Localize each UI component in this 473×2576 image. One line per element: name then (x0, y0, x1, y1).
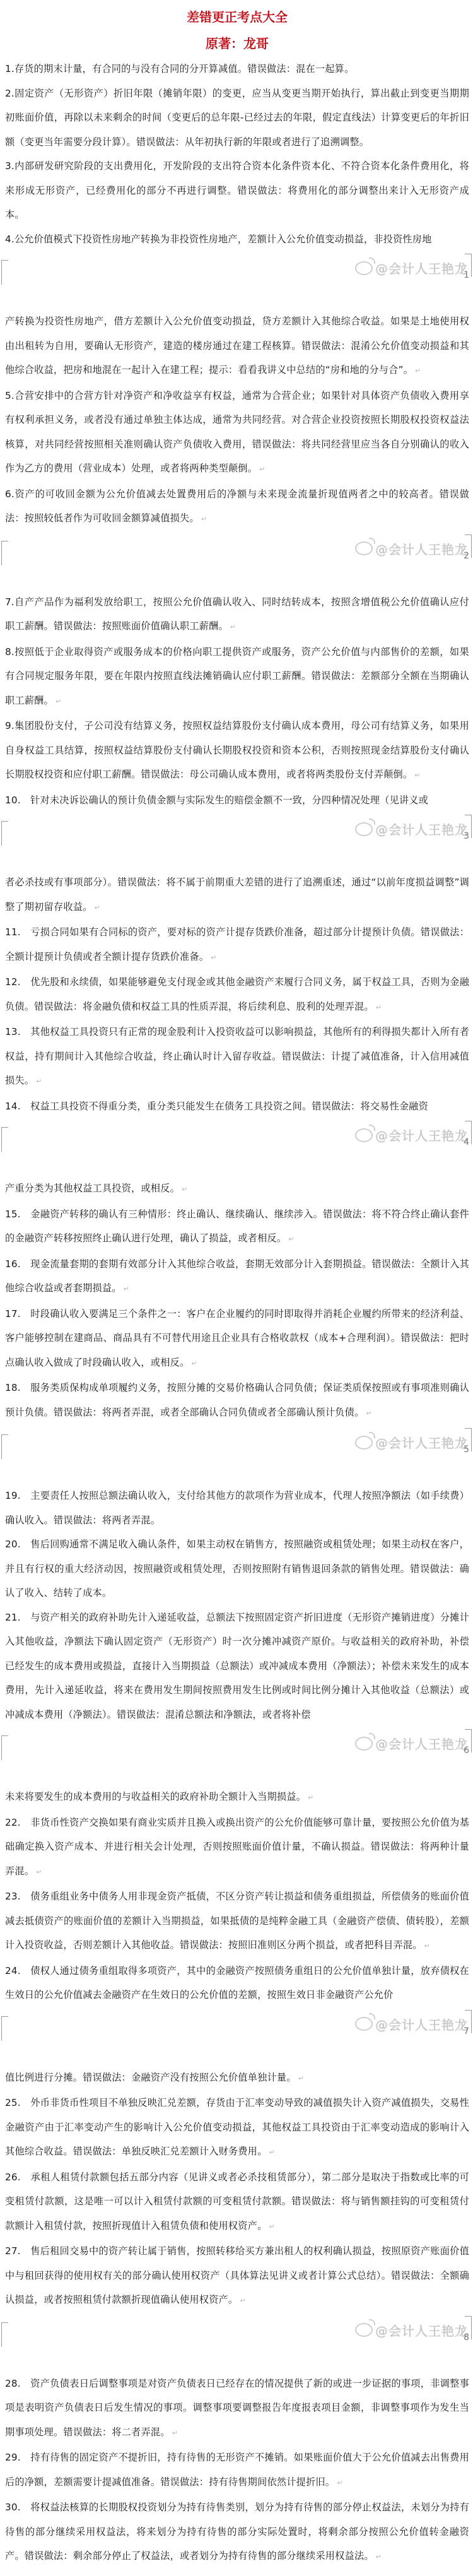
paragraph-return-mark-icon: ↵ (376, 2553, 382, 2561)
paragraph: 30. 将权益法核算的长期股权投资划分为持有待售类别，划分为持有待售的部分停止权… (5, 2495, 469, 2570)
page-break: @会计人王艳龙8 (0, 2316, 473, 2372)
paragraph: 25. 外币非货币性项目不单独反映汇兑差额，存货由于汇率变动导致的减值损失计入资… (5, 2091, 469, 2165)
paragraph-text: 24. 债权人通过债务重组取得多项资产，其中的金融资产按照债务重组日的公允价值单… (5, 1965, 469, 2001)
paragraph-return-mark-icon: ↵ (288, 1235, 294, 1243)
weibo-logo-icon (355, 1128, 373, 1142)
page-number: 4 (464, 1137, 469, 1147)
page-break: @会计人王艳龙2 (0, 535, 473, 590)
watermark: @会计人王艳龙 (355, 1734, 468, 1752)
page-number: 2 (464, 551, 469, 561)
paragraph-text: 值比例进行分摊。错误做法：金融资产没有按照公允价值单独计量。 (5, 2072, 296, 2083)
paragraph-text: 8.按照低于企业取得资产或服务成本的价格向职工提供资产或服务，资产公允价值与内部… (5, 646, 469, 706)
watermark-text: @会计人王艳龙 (375, 1126, 468, 1144)
paragraph: 22. 非货币性资产交换如果有商业实质并且换入或换出资产的公允价值能够可靠计量，… (5, 1811, 469, 1885)
page-corner-marker (1, 260, 8, 285)
paragraph: 16. 现金流量套期的套期有效部分计入其他综合收益，套期无效部分计入套期损益。错… (5, 1252, 469, 1302)
document-page: 差错更正考点大全 原著：龙哥 1.存货的期末计量，有合同的与没有合同的分开算减值… (0, 0, 473, 2576)
paragraph-text: 12. 优先股和永续债，如果能够避免支付现金或其他金融资产来履行合同义务，属于权… (5, 976, 469, 1012)
paragraph: 2.固定资产（无形资产）折旧年限（摊销年限）的变更，应当从变更当期开始执行，算出… (5, 81, 469, 155)
paragraph-text: 23. 债务重组业务中债务人用非现金资产抵债，不区分资产转让损益和债务重组损益，… (5, 1891, 469, 1951)
page-corner-marker (1, 1434, 8, 1459)
paragraph-text: 11. 亏损合同如果有合同标的资产，要对标的资产计提存货跌价准备，超过部分计提预… (5, 926, 469, 962)
paragraph-text: 29. 持有待售的固定资产不提折旧，持有待售的无形资产不摊销。如果账面价值大于公… (5, 2452, 469, 2488)
paragraph-return-mark-icon: ↵ (298, 2074, 304, 2083)
paragraph-return-mark-icon: ↵ (376, 1003, 382, 1012)
paragraph-return-mark-icon: ↵ (172, 2429, 178, 2437)
paragraph-text: 1.存货的期末计量，有合同的与没有合同的分开算减值。错误做法：混在一起算。 (5, 63, 354, 74)
weibo-logo-icon (355, 261, 373, 275)
paragraph: 29. 持有待售的固定资产不提折旧，持有待售的无形资产不摊销。如果账面价值大于公… (5, 2445, 469, 2495)
paragraph: 14. 权益工具投资不得重分类，重分类只能发生在债务工具投资之间。错误做法：将交… (5, 1094, 469, 1119)
paragraph-text: 5.合营安排中的合营方针对净资产和净收益享有权益，通常为合营企业；如果针对具体资… (5, 390, 469, 475)
page-number: 5 (464, 1445, 469, 1455)
paragraph: 11. 亏损合同如果有合同标的资产，要对标的资产计提存货跌价准备，超过部分计提预… (5, 920, 469, 970)
paragraph-return-mark-icon: ↵ (337, 2479, 342, 2487)
paragraph-return-mark-icon: ↵ (424, 1942, 430, 1950)
paragraph-text: 3.内部研发研究阶段的支出费用化，开发阶段的支出符合资本化条件资本化、不符合资本… (5, 160, 469, 220)
paragraph: 15. 金融资产转移的确认有三种情形：终止确认、继续确认、继续涉入。错误做法：将… (5, 1202, 469, 1252)
watermark-text: @会计人王艳龙 (375, 540, 468, 558)
watermark: @会计人王艳龙 (355, 1433, 468, 1451)
paragraph: 28. 资产负债表日后调整事项是对资产负债表日已经存在的情况提供了新的或进一步证… (5, 2372, 469, 2446)
weibo-logo-icon (355, 822, 373, 836)
paragraph: 4.公允价值模式下投资性房地产转换为非投资性房地产，差额计入公允价值变动损益，非… (5, 227, 469, 252)
paragraph-text: 14. 权益工具投资不得重分类，重分类只能发生在债务工具投资之间。错误做法：将交… (5, 1101, 428, 1112)
page-corner-marker (1, 541, 8, 565)
watermark: @会计人王艳龙 (355, 259, 468, 277)
watermark: @会计人王艳龙 (355, 2015, 468, 2033)
paragraph-return-mark-icon: ↵ (182, 1185, 187, 1193)
paragraph-return-mark-icon: ↵ (124, 1285, 129, 1293)
paragraph-text: 未来将要发生的成本费用的与收益相关的政府补助全额计入当期损益。 (5, 1791, 306, 1802)
paragraph: 5.合营安排中的合营方针对净资产和净收益享有权益，通常为合营企业；如果针对具体资… (5, 384, 469, 482)
watermark: @会计人王艳龙 (355, 1126, 468, 1144)
weibo-logo-icon (355, 1436, 373, 1450)
paragraph: 产重分类为其他权益工具投资，或相反。↵ (5, 1176, 469, 1202)
paragraph-text: 27. 售后租回交易中的资产转让属于销售，按照转移给买方兼出租人的权利确认损益，… (5, 2245, 469, 2305)
page-break: @会计人王艳龙5 (0, 1428, 473, 1484)
paragraph-return-mark-icon: ↵ (211, 954, 216, 962)
page-number: 1 (464, 270, 469, 280)
weibo-logo-icon (355, 1737, 373, 1751)
paragraph-text: 13. 其他权益工具投资只有正常的现金股利计入投资收益可以影响损益，其他所有的利… (5, 1026, 469, 1086)
paragraph: 26. 承租人租赁付款额包括五部分内容（见讲义或者必杀技租赁部分），第二部分是取… (5, 2165, 469, 2240)
paragraph-text: 7.自产产品作为福利发放给职工，按照公允价值确认收入、同时结转成本，按照含增值税… (5, 596, 469, 632)
paragraph-text: 17. 时段确认收入要满足三个条件之一：客户在企业履约的同时即取得并消耗企业履约… (5, 1308, 469, 1368)
paragraph-text: 10. 针对未决诉讼确认的预计负债金额与实际发生的赔偿金额不一致，分四种情况处理… (5, 795, 428, 806)
paragraph-return-mark-icon: ↵ (191, 1359, 197, 1368)
page-corner-marker (1, 2016, 8, 2041)
paragraph: 23. 债务重组业务中债务人用非现金资产抵债，不区分资产转让损益和债务重组损益，… (5, 1884, 469, 1959)
paragraph: 20. 售后回购通常不满足收入确认条件，如果主动权在销售方，按照融资或租赁处理；… (5, 1532, 469, 1605)
paragraph-text: 产转换为投资性房地产，借方差额计入公允价值变动损益，贷方差额计入其他综合收益。如… (5, 316, 469, 375)
paragraph-text: 30. 将权益法核算的长期股权投资划分为持有待售类别，划分为持有待售的部分停止权… (5, 2502, 469, 2561)
page-break: @会计人王艳龙1 (0, 254, 473, 309)
paragraph-return-mark-icon: ↵ (415, 367, 421, 375)
paragraph-text: 21. 与资产相关的政府补助先计入递延收益，总额法下按照固定资产折旧进度（无形资… (5, 1612, 469, 1720)
paragraph-text: 15. 金融资产转移的确认有三种情形：终止确认、继续确认、继续涉入。错误做法：将… (5, 1208, 469, 1244)
paragraph-return-mark-icon: ↵ (201, 515, 207, 523)
paragraph-return-mark-icon: ↵ (259, 465, 265, 473)
page-corner-marker (1, 2322, 8, 2347)
paragraph-text: 者必杀技或有事项部分）。错误做法：将不属于前期重大差错的进行了追溯重述，通过“以… (5, 877, 469, 913)
paragraph: 27. 售后租回交易中的资产转让属于销售，按照转移给买方兼出租人的权利确认损益，… (5, 2239, 469, 2313)
watermark-text: @会计人王艳龙 (375, 820, 468, 838)
paragraph: 者必杀技或有事项部分）。错误做法：将不属于前期重大差错的进行了追溯重述，通过“以… (5, 870, 469, 920)
paragraph: 12. 优先股和永续债，如果能够避免支付现金或其他金融资产来履行合同义务，属于权… (5, 970, 469, 1020)
paragraph: 18. 服务类质保构成单项履约义务，按照分摊的交易价格确认合同负债；保证类质保按… (5, 1376, 469, 1426)
watermark-text: @会计人王艳龙 (375, 259, 468, 277)
paragraph: 1.存货的期末计量，有合同的与没有合同的分开算减值。错误做法：混在一起算。 (5, 57, 469, 81)
paragraph-text: 22. 非货币性资产交换如果有商业实质并且换入或换出资产的公允价值能够可靠计量，… (5, 1817, 469, 1877)
weibo-logo-icon (355, 2017, 373, 2031)
paragraph-text: 2.固定资产（无形资产）折旧年限（摊销年限）的变更，应当从变更当期开始执行，算出… (5, 88, 469, 148)
watermark-text: @会计人王艳龙 (375, 2321, 468, 2339)
paragraph-text: 6.资产的可收回金额为公允价值减去处置费用后的净额与未来现金流量折现值两者之中的… (5, 488, 469, 524)
paragraph-return-mark-icon: ↵ (308, 1793, 313, 1802)
paragraph-text: 19. 主要责任人按照总额法确认收入，支付给其他方的款项作为营业成本，代理人按照… (5, 1490, 469, 1526)
paragraph-text: 16. 现金流量套期的套期有效部分计入其他综合收益，套期无效部分计入套期损益。错… (5, 1258, 469, 1294)
paragraph-return-mark-icon: ↵ (95, 904, 100, 912)
weibo-logo-icon (355, 541, 373, 555)
paragraph-return-mark-icon: ↵ (366, 1409, 371, 1417)
document-body: 1.存货的期末计量，有合同的与没有合同的分开算减值。错误做法：混在一起算。2.固… (5, 57, 469, 2570)
paragraph-text: 25. 外币非货币性项目不单独反映汇兑差额，存货由于汇率变动导致的减值损失计入资… (5, 2097, 469, 2157)
paragraph: 7.自产产品作为福利发放给职工，按照公允价值确认收入、同时结转成本，按照含增值税… (5, 590, 469, 640)
document-title: 差错更正考点大全 (5, 8, 469, 27)
document-author: 原著：龙哥 (5, 34, 469, 53)
paragraph-text: 18. 服务类质保构成单项履约义务，按照分摊的交易价格确认合同负债；保证类质保按… (5, 1382, 469, 1418)
paragraph: 3.内部研发研究阶段的支出费用化，开发阶段的支出符合资本化条件资本化、不符合资本… (5, 154, 469, 227)
watermark: @会计人王艳龙 (355, 2321, 468, 2339)
paragraph: 未来将要发生的成本费用的与收益相关的政府补助全额计入当期损益。↵ (5, 1785, 469, 1811)
paragraph: 13. 其他权益工具投资只有正常的现金股利计入投资收益可以影响损益，其他所有的利… (5, 1020, 469, 1094)
paragraph-return-mark-icon: ↵ (269, 2223, 274, 2231)
page-number: 8 (464, 2332, 469, 2343)
paragraph-text: 4.公允价值模式下投资性房地产转换为非投资性房地产，差额计入公允价值变动损益，非… (5, 233, 432, 245)
paragraph: 值比例进行分摊。错误做法：金融资产没有按照公允价值单独计量。↵ (5, 2065, 469, 2091)
paragraph-text: 20. 售后回购通常不满足收入确认条件，如果主动权在销售方，按照融资或租赁处理；… (5, 1539, 469, 1598)
watermark-text: @会计人王艳龙 (375, 1734, 468, 1752)
page-number: 7 (464, 2026, 469, 2036)
paragraph: 17. 时段确认收入要满足三个条件之一：客户在企业履约的同时即取得并消耗企业履约… (5, 1302, 469, 1376)
paragraph-text: 28. 资产负债表日后调整事项是对资产负债表日已经存在的情况提供了新的或进一步证… (5, 2378, 469, 2438)
paragraph: 10. 针对未决诉讼确认的预计负债金额与实际发生的赔偿金额不一致，分四种情况处理… (5, 788, 469, 813)
page-break: @会计人王艳龙3 (0, 815, 473, 870)
paragraph-return-mark-icon: ↵ (269, 2148, 274, 2156)
page-number: 3 (464, 831, 469, 841)
paragraph-return-mark-icon: ↵ (55, 697, 61, 706)
page-number: 6 (464, 1746, 469, 1756)
paragraph-return-mark-icon: ↵ (36, 1868, 42, 1876)
page-break: @会计人王艳龙4 (0, 1121, 473, 1176)
paragraph-text: 26. 承租人租赁付款额包括五部分内容（见讲义或者必杀技租赁部分），第二部分是取… (5, 2171, 469, 2231)
page-corner-marker (1, 1735, 8, 1760)
paragraph: 9.集团股份支付，子公司没有结算义务，按照权益结算股份支付确认成本费用，母公司有… (5, 714, 469, 788)
watermark: @会计人王艳龙 (355, 540, 468, 558)
page-corner-marker (1, 1127, 8, 1152)
paragraph: 21. 与资产相关的政府补助先计入递延收益，总额法下按照固定资产折旧进度（无形资… (5, 1605, 469, 1727)
page-break: @会计人王艳龙7 (0, 2010, 473, 2065)
watermark: @会计人王艳龙 (355, 820, 468, 838)
paragraph: 6.资产的可收回金额为公允价值减去处置费用后的净额与未来现金流量折现值两者之中的… (5, 482, 469, 532)
paragraph-return-mark-icon: ↵ (230, 623, 236, 631)
watermark-text: @会计人王艳龙 (375, 1433, 468, 1451)
paragraph: 产转换为投资性房地产，借方差额计入公允价值变动损益，贷方差额计入其他综合收益。如… (5, 309, 469, 384)
paragraph-return-mark-icon: ↵ (36, 1077, 42, 1085)
paragraph: 24. 债权人通过债务重组取得多项资产，其中的金融资产按照债务重组日的公允价值单… (5, 1959, 469, 2007)
paragraph-text: 9.集团股份支付，子公司没有结算义务，按照权益结算股份支付确认成本费用，母公司有… (5, 720, 469, 780)
paragraph-return-mark-icon: ↵ (414, 771, 420, 779)
weibo-logo-icon (355, 2323, 373, 2337)
page-corner-marker (1, 821, 8, 846)
paragraph-text: 产重分类为其他权益工具投资，或相反。 (5, 1183, 180, 1194)
paragraph: 8.按照低于企业取得资产或服务成本的价格向职工提供资产或服务，资产公允价值与内部… (5, 640, 469, 714)
paragraph: 19. 主要责任人按照总额法确认收入，支付给其他方的款项作为营业成本，代理人按照… (5, 1484, 469, 1532)
paragraph-return-mark-icon: ↵ (240, 2296, 245, 2305)
page-break: @会计人王艳龙6 (0, 1729, 473, 1785)
watermark-text: @会计人王艳龙 (375, 2015, 468, 2033)
